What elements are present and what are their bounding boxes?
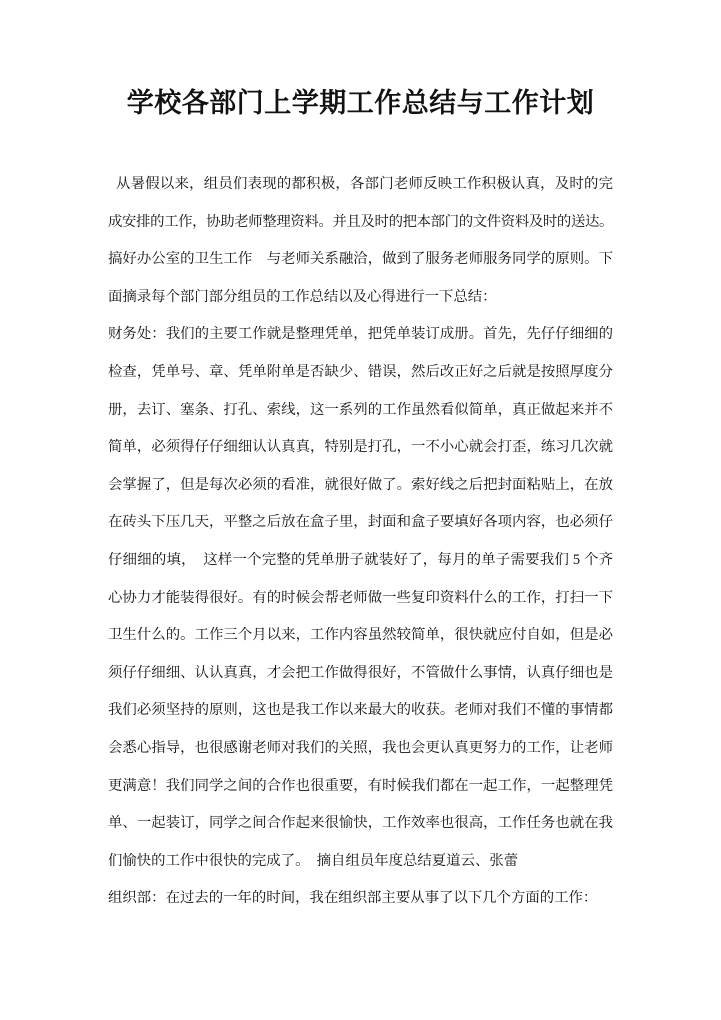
text-line: 们愉快的工作中很快的完成了。 摘自组员年度总结夏道云、张蕾 bbox=[108, 843, 613, 881]
text-line: 组织部：在过去的一年的时间，我在组织部主要从事了以下几个方面的工作： bbox=[108, 880, 613, 918]
document-page: 学校各部门上学期工作总结与工作计划 从暑假以来，组员们表现的都积极，各部门老师反… bbox=[0, 0, 721, 1020]
paragraph: 财务处：我们的主要工作就是整理凭单，把凭单装订成册。首先，先仔仔细细的 检查，凭… bbox=[108, 316, 613, 880]
text-line: 搞好办公室的卫生工作 与老师关系融洽，做到了服务老师服务同学的原则。下 bbox=[108, 241, 613, 279]
text-line: 会掌握了，但是每次必须的看准，就很好做了。索好线之后把封面粘贴上，在放 bbox=[108, 467, 613, 505]
text-line: 须仔仔细细、认认真真，才会把工作做得很好，不管做什么事情，认真仔细也是 bbox=[108, 655, 613, 693]
text-line: 检查，凭单号、章、凭单附单是否缺少、错误，然后改正好之后就是按照厚度分 bbox=[108, 354, 613, 392]
text-line: 成安排的工作，协助老师整理资料。并且及时的把本部门的文件资料及时的送达。 bbox=[108, 204, 613, 242]
text-line: 更满意！我们同学之间的合作也很重要，有时候我们都在一起工作，一起整理凭 bbox=[108, 768, 613, 806]
text-line: 在砖头下压几天，平整之后放在盒子里，封面和盒子要填好各项内容，也必须仔 bbox=[108, 504, 613, 542]
text-line: 从暑假以来，组员们表现的都积极，各部门老师反映工作积极认真，及时的完 bbox=[108, 166, 613, 204]
text-line: 会悉心指导，也很感谢老师对我们的关照，我也会更认真更努力的工作，让老师 bbox=[108, 730, 613, 768]
text-line: 我们必须坚持的原则，这也是我工作以来最大的收获。老师对我们不懂的事情都 bbox=[108, 692, 613, 730]
text-line: 单、一起装订，同学之间合作起来很愉快，工作效率也很高，工作任务也就在我 bbox=[108, 805, 613, 843]
text-line: 简单，必须得仔仔细细认认真真，特别是打孔，一不小心就会打歪，练习几次就 bbox=[108, 429, 613, 467]
text-line: 心协力才能装得很好。有的时候会帮老师做一些复印资料什么的工作，打扫一下 bbox=[108, 580, 613, 618]
text-line: 卫生什么的。工作三个月以来，工作内容虽然较简单，很快就应付自如，但是必 bbox=[108, 617, 613, 655]
text-line: 册，去订、塞条、打孔、索线，这一系列的工作虽然看似简单，真正做起来并不 bbox=[108, 392, 613, 430]
paragraph: 从暑假以来，组员们表现的都积极，各部门老师反映工作积极认真，及时的完 成安排的工… bbox=[108, 166, 613, 316]
text-line: 面摘录每个部门部分组员的工作总结以及心得进行一下总结： bbox=[108, 279, 613, 317]
document-body: 从暑假以来，组员们表现的都积极，各部门老师反映工作积极认真，及时的完 成安排的工… bbox=[108, 166, 613, 918]
document-title: 学校各部门上学期工作总结与工作计划 bbox=[108, 86, 613, 120]
paragraph: 组织部：在过去的一年的时间，我在组织部主要从事了以下几个方面的工作： bbox=[108, 880, 613, 918]
text-line: 仔细细的填， 这样一个完整的凭单册子就装好了，每月的单子需要我们 5 个齐 bbox=[108, 542, 613, 580]
text-line: 财务处：我们的主要工作就是整理凭单，把凭单装订成册。首先，先仔仔细细的 bbox=[108, 316, 613, 354]
